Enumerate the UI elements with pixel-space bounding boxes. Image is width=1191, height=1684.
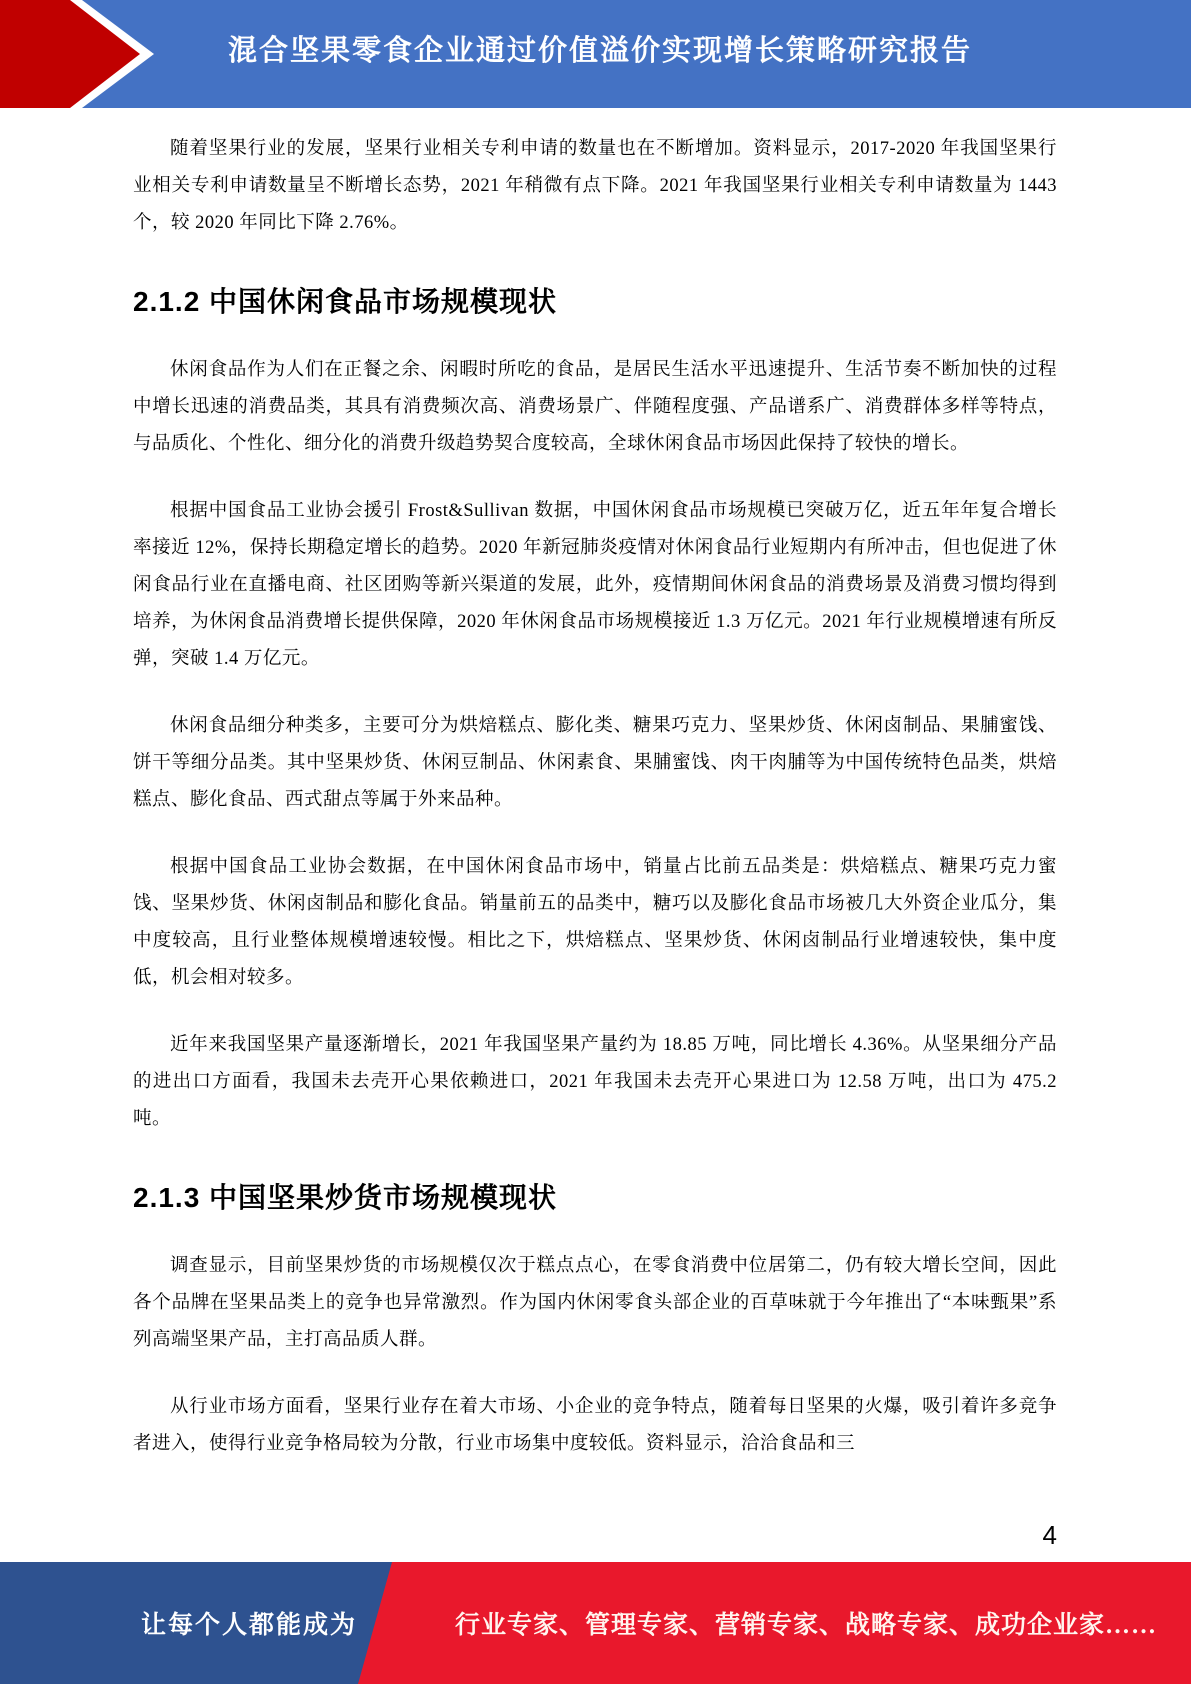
paragraph-market-scale: 根据中国食品工业协会援引 Frost&Sullivan 数据，中国休闲食品市场规… <box>133 493 1057 678</box>
footer-slogan-left: 让每个人都能成为 <box>0 1562 357 1684</box>
report-title: 混合坚果零食企业通过价值溢价实现增长策略研究报告 <box>160 28 1040 69</box>
section-heading-2-1-3: 2.1.3 中国坚果炒货市场规模现状 <box>133 1176 1057 1216</box>
footer-banner: 让每个人都能成为 行业专家、管理专家、营销专家、战略专家、成功企业家…… <box>0 1562 1191 1684</box>
paragraph-snack-food-intro: 休闲食品作为人们在正餐之余、闲暇时所吃的食品，是居民生活水平迅速提升、生活节奏不… <box>133 352 1057 463</box>
paragraph-subcategories: 休闲食品细分种类多，主要可分为烘焙糕点、膨化类、糖果巧克力、坚果炒货、休闲卤制品… <box>133 708 1057 819</box>
section-heading-2-1-2: 2.1.2 中国休闲食品市场规模现状 <box>133 280 1057 320</box>
page-number: 4 <box>1043 1520 1057 1551</box>
report-header-banner: 混合坚果零食企业通过价值溢价实现增长策略研究报告 <box>0 0 1191 108</box>
paragraph-patents: 随着坚果行业的发展，坚果行业相关专利申请的数量也在不断增加。资料显示，2017-… <box>133 131 1057 242</box>
document-body: 随着坚果行业的发展，坚果行业相关专利申请的数量也在不断增加。资料显示，2017-… <box>0 108 1191 1562</box>
report-page: 混合坚果零食企业通过价值溢价实现增长策略研究报告 随着坚果行业的发展，坚果行业相… <box>0 0 1191 1684</box>
paragraph-roasted-nuts-survey: 调查显示，目前坚果炒货的市场规模仅次于糕点点心，在零食消费中位居第二，仍有较大增… <box>133 1248 1057 1359</box>
paragraph-nut-output: 近年来我国坚果产量逐渐增长，2021 年我国坚果产量约为 18.85 万吨，同比… <box>133 1027 1057 1138</box>
chevron-arrow-icon <box>0 0 150 108</box>
paragraph-industry-competition: 从行业市场方面看，坚果行业存在着大市场、小企业的竞争特点，随着每日坚果的火爆，吸… <box>133 1389 1057 1463</box>
paragraph-top-five-categories: 根据中国食品工业协会数据，在中国休闲食品市场中，销量占比前五品类是：烘焙糕点、糖… <box>133 849 1057 997</box>
footer-slogan-right: 行业专家、管理专家、营销专家、战略专家、成功企业家…… <box>455 1562 1157 1684</box>
